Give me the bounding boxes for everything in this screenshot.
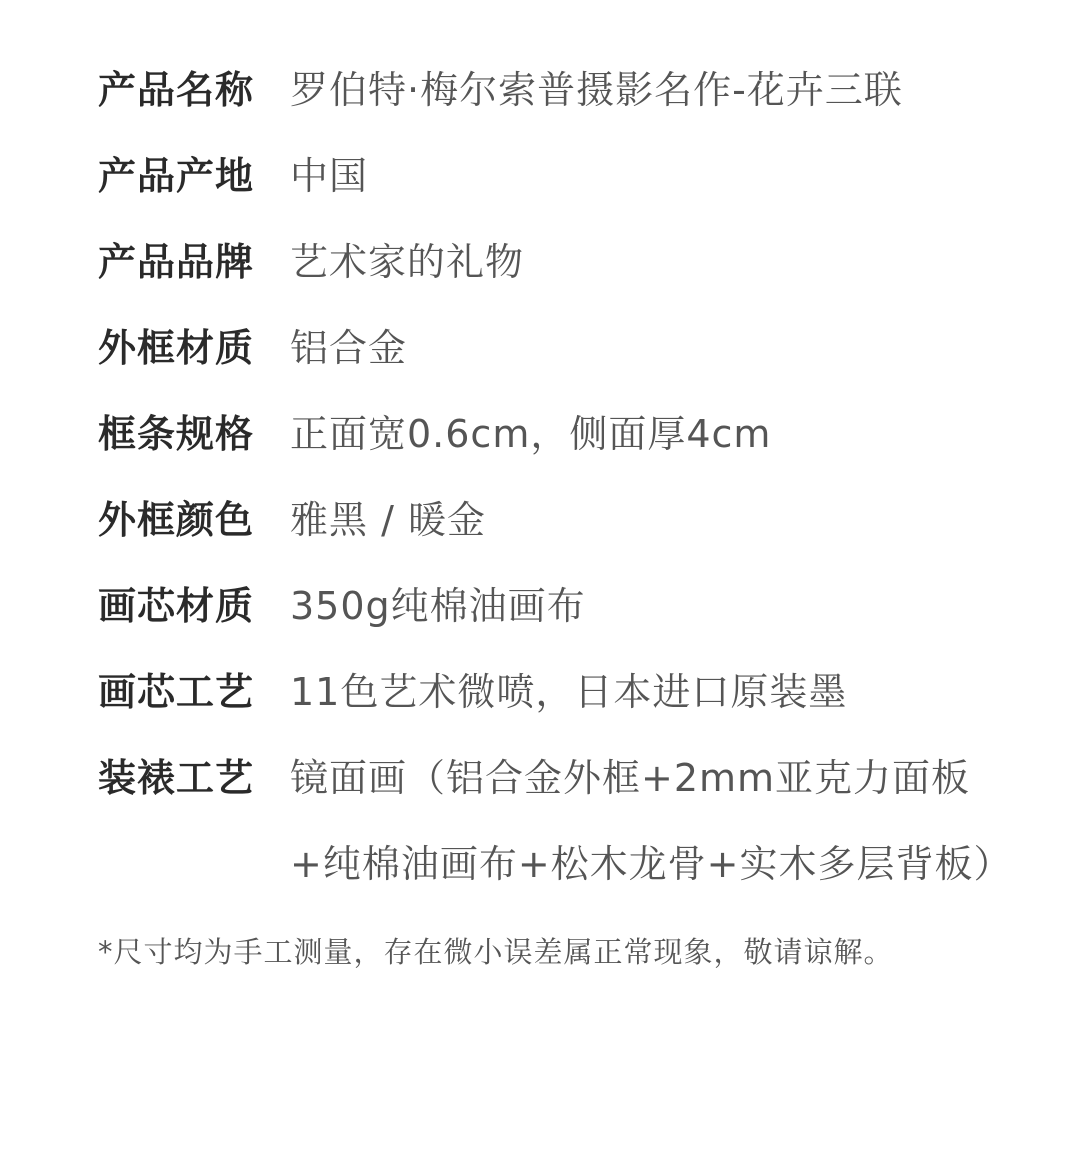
spec-list: 产品名称 罗伯特·梅尔索普摄影名作-花卉三联 产品产地 中国 产品品牌 艺术家的… <box>98 62 1038 907</box>
spec-value-line: 11色艺术微喷，日本进口原装墨 <box>290 649 1038 735</box>
spec-label: 装裱工艺 <box>98 750 290 806</box>
spec-label: 产品产地 <box>98 148 290 204</box>
spec-value-line: +纯棉油画布+松木龙骨+实木多层背板） <box>290 821 1038 907</box>
spec-value-line: 350g纯棉油画布 <box>290 563 1038 649</box>
spec-value: 雅黑 / 暖金 <box>290 477 1038 563</box>
spec-value: 中国 <box>290 133 1038 219</box>
spec-value-line: 镜面画（铝合金外框+2mm亚克力面板 <box>290 735 1038 821</box>
spec-label: 产品名称 <box>98 62 290 118</box>
spec-value: 铝合金 <box>290 305 1038 391</box>
spec-value-line: 中国 <box>290 133 1038 219</box>
spec-value-line: 罗伯特·梅尔索普摄影名作-花卉三联 <box>290 47 1038 133</box>
spec-label: 画芯工艺 <box>98 664 290 720</box>
spec-value-line: 艺术家的礼物 <box>290 219 1038 305</box>
spec-value: 艺术家的礼物 <box>290 219 1038 305</box>
spec-label: 外框颜色 <box>98 492 290 548</box>
spec-label: 产品品牌 <box>98 234 290 290</box>
spec-label: 框条规格 <box>98 406 290 462</box>
spec-value: 镜面画（铝合金外框+2mm亚克力面板 +纯棉油画布+松木龙骨+实木多层背板） <box>290 735 1038 907</box>
disclaimer-note: *尺寸均为手工测量，存在微小误差属正常现象，敬请谅解。 <box>98 930 894 971</box>
spec-label: 画芯材质 <box>98 578 290 634</box>
spec-row-mounting: 装裱工艺 镜面画（铝合金外框+2mm亚克力面板 +纯棉油画布+松木龙骨+实木多层… <box>98 750 1038 907</box>
spec-value: 罗伯特·梅尔索普摄影名作-花卉三联 <box>290 47 1038 133</box>
spec-value: 正面宽0.6cm，侧面厚4cm <box>290 391 1038 477</box>
spec-label: 外框材质 <box>98 320 290 376</box>
spec-value-line: 雅黑 / 暖金 <box>290 477 1038 563</box>
spec-value: 350g纯棉油画布 <box>290 563 1038 649</box>
spec-value: 11色艺术微喷，日本进口原装墨 <box>290 649 1038 735</box>
spec-value-line: 正面宽0.6cm，侧面厚4cm <box>290 391 1038 477</box>
spec-value-line: 铝合金 <box>290 305 1038 391</box>
